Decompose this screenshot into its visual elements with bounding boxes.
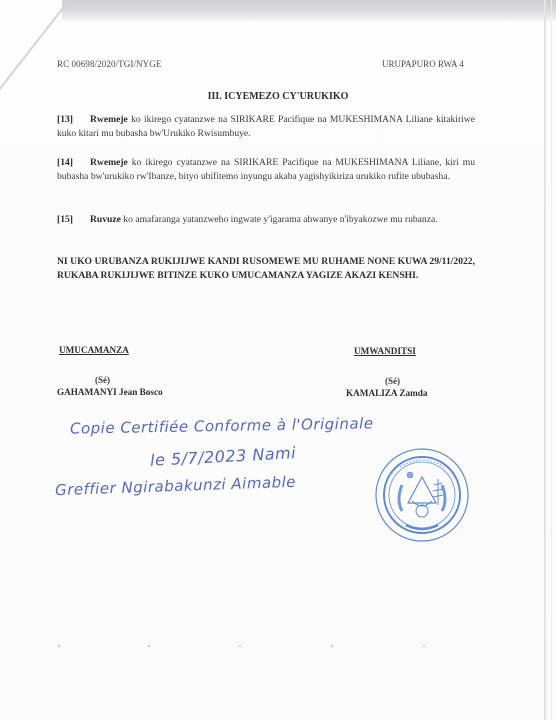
handwritten-date: le 5/7/2023 Nami bbox=[150, 443, 297, 470]
paragraph-15: [15]Ruvuze ko amafaranga yatanzweho ingw… bbox=[57, 213, 475, 227]
page-edge-outer bbox=[551, 0, 552, 720]
court-seal-stamp-icon bbox=[372, 445, 472, 545]
paragraph-lead: Ruvuze bbox=[90, 214, 121, 225]
document-page: RC 00698/2020/TGI/NYGE URUPAPURO RWA 4 I… bbox=[0, 0, 556, 720]
paragraph-number: [14] bbox=[57, 156, 90, 170]
handwritten-clerk-name: Greffier Ngirabakunzi Aimable bbox=[55, 473, 297, 499]
clerk-signed-mark: (Sé) bbox=[385, 376, 400, 386]
clerk-name: KAMALIZA Zamda bbox=[346, 388, 427, 398]
paragraph-text: ko amafaranga yatanzweho ingwate y'igara… bbox=[121, 214, 438, 225]
paragraph-13: [13]Rwemeje ko ikirego cyatanzwe na SIRI… bbox=[57, 113, 475, 141]
judge-name: GAHAMANYI Jean Bosco bbox=[57, 387, 163, 397]
clerk-title: UMWANDITSI bbox=[354, 346, 416, 356]
page-number-label: URUPAPURO RWA 4 bbox=[382, 59, 464, 69]
paragraph-lead: Rwemeje bbox=[90, 114, 128, 125]
paragraph-number: [13] bbox=[57, 113, 90, 127]
scan-dot bbox=[331, 645, 333, 647]
section-title: III. ICYEMEZO CY'URUKIKO bbox=[0, 91, 556, 102]
page-edge bbox=[544, 0, 546, 720]
scan-dot bbox=[148, 645, 150, 647]
paragraph-number: [15] bbox=[57, 213, 90, 227]
judge-title: UMUCAMANZA bbox=[59, 345, 129, 355]
paragraph-lead: Rwemeje bbox=[90, 157, 128, 168]
handwritten-certification: Copie Certifiée Conforme à l'Originale bbox=[70, 414, 374, 437]
scan-dot bbox=[239, 645, 241, 647]
scan-dot bbox=[423, 645, 425, 647]
scan-dot bbox=[58, 645, 60, 647]
page-fold-line bbox=[0, 0, 70, 104]
verdict-statement: NI UKO URUBANZA RUKIJIJWE KANDI RUSOMEWE… bbox=[57, 255, 475, 283]
judge-signed-mark: (Sé) bbox=[95, 375, 110, 385]
paragraph-14: [14]Rwemeje ko ikirego cyatanzwe na SIRI… bbox=[57, 156, 475, 184]
scan-shadow-band bbox=[62, 0, 556, 22]
case-number: RC 00698/2020/TGI/NYGE bbox=[57, 59, 161, 69]
